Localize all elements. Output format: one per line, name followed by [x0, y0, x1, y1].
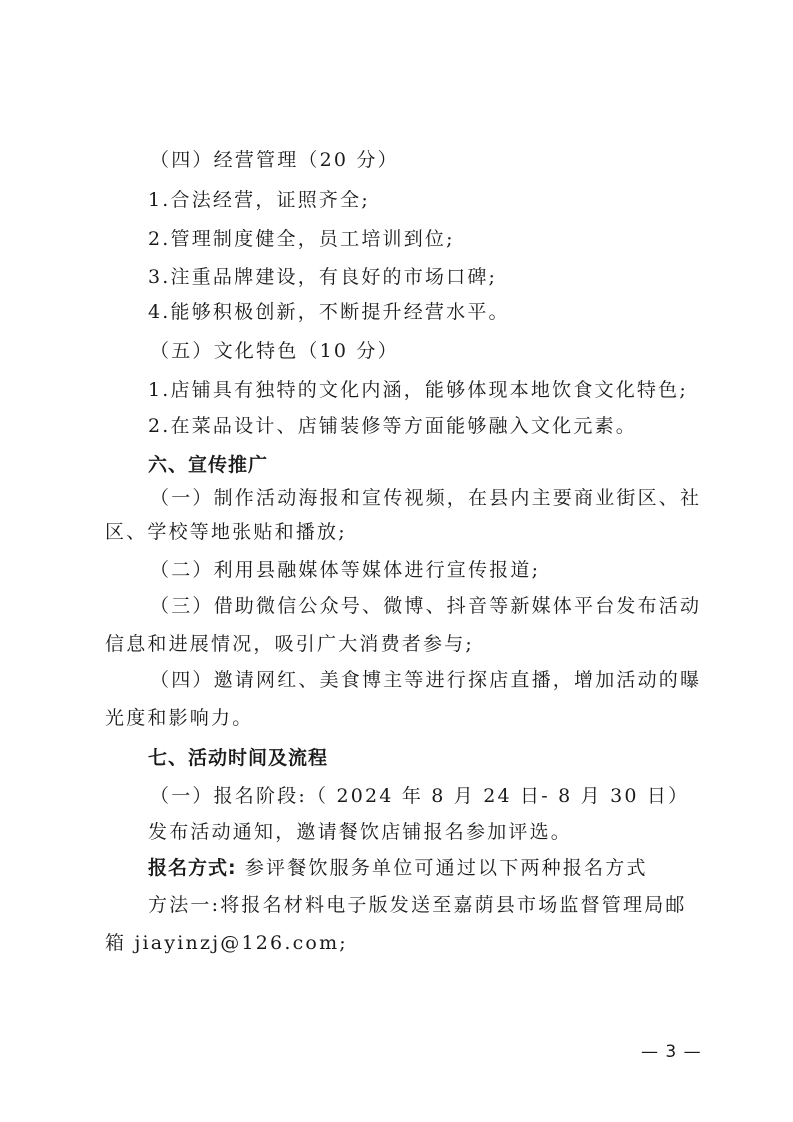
registration-method-text: 参评餐饮服务单位可通过以下两种报名方式	[237, 857, 648, 879]
paragraph-line: 方法一:将报名材料电子版发送至嘉荫县市场监督管理局邮	[148, 893, 687, 917]
section-heading-culture: （五）文化特色（10 分）	[150, 339, 399, 363]
list-item: 2.管理制度健全，员工培训到位;	[148, 227, 455, 251]
list-item: 1.合法经营，证照齐全;	[148, 188, 370, 212]
chapter-heading-promotion: 六、宣传推广	[148, 453, 268, 477]
paragraph-line: （二）利用县融媒体等媒体进行宣传报道;	[150, 558, 540, 582]
page-number: — 3 —	[641, 1042, 702, 1062]
paragraph-line: 区、学校等地张贴和播放;	[105, 520, 347, 544]
paragraph-line: 光度和影响力。	[105, 706, 253, 730]
paragraph-line: （四）邀请网红、美食博主等进行探店直播，增加活动的曝	[150, 668, 701, 692]
document-page: （四）经营管理（20 分） 1.合法经营，证照齐全; 2.管理制度健全，员工培训…	[0, 0, 793, 1122]
list-item: 1.店铺具有独特的文化内涵，能够体现本地饮食文化特色;	[148, 378, 688, 402]
paragraph-line: （一）报名阶段:（ 2024 年 8 月 24 日- 8 月 30 日）	[150, 784, 689, 808]
list-item: 2.在菜品设计、店铺装修等方面能够融入文化元素。	[148, 414, 637, 438]
list-item: 4.能够积极创新，不断提升经营水平。	[148, 300, 510, 324]
list-item: 3.注重品牌建设，有良好的市场口碑;	[148, 265, 497, 289]
paragraph-line: （一）制作活动海报和宣传视频，在县内主要商业街区、社	[150, 486, 701, 510]
registration-method-line: 报名方式: 参评餐饮服务单位可通过以下两种报名方式	[148, 856, 648, 880]
chapter-heading-schedule: 七、活动时间及流程	[148, 746, 328, 770]
email-line: 箱 jiayinzj@126.com;	[105, 931, 348, 955]
paragraph-line: 发布活动通知，邀请餐饮店铺报名参加评选。	[148, 820, 572, 844]
paragraph-line: （三）借助微信公众号、微博、抖音等新媒体平台发布活动	[150, 594, 701, 618]
paragraph-line: 信息和进展情况，吸引广大消费者参与;	[105, 632, 474, 656]
section-heading-management: （四）经营管理（20 分）	[150, 148, 399, 172]
registration-method-label: 报名方式:	[148, 857, 237, 879]
